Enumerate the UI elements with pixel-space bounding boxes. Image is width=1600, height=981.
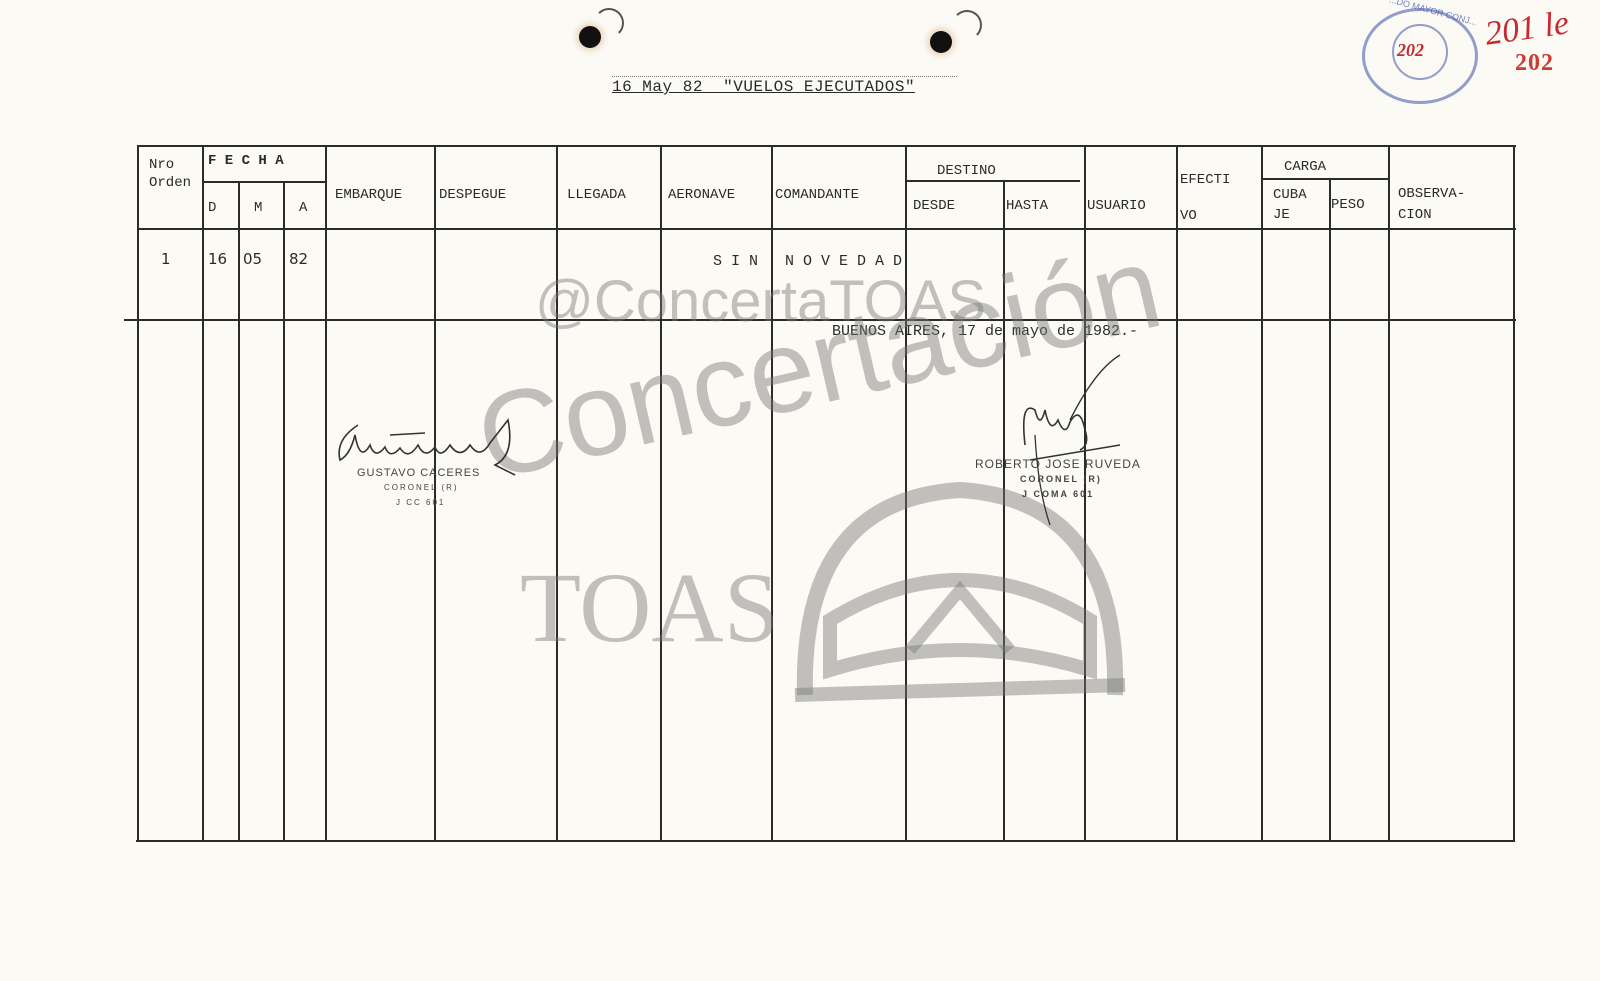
header-llegada: LLEGADA <box>567 186 626 204</box>
col-line <box>283 181 285 842</box>
header-fecha-m: M <box>254 199 262 217</box>
printed-page-number: 202 <box>1515 50 1554 77</box>
header-embarque: EMBARQUE <box>335 186 402 204</box>
col-line <box>1261 145 1263 842</box>
header-nro-orden: Nro Orden <box>149 156 191 192</box>
cell-sin-novedad: S I N N O V E D A D <box>713 253 902 271</box>
signatory-1-position: J CC 601 <box>396 498 445 507</box>
punch-hole-left <box>579 26 601 48</box>
destino-subdivider <box>905 180 1080 182</box>
header-efectivo: EFECTI VO <box>1180 162 1230 234</box>
signatory-1-rank: CORONEL (R) <box>384 483 459 492</box>
header-comandante: COMANDANTE <box>775 186 859 204</box>
col-line <box>137 145 139 842</box>
header-destino: DESTINO <box>937 162 996 180</box>
header-peso: PESO <box>1331 196 1365 214</box>
carga-subdivider <box>1261 178 1389 180</box>
header-cubaje: CUBA JE <box>1273 185 1307 225</box>
header-despegue: DESPEGUE <box>439 186 506 204</box>
signatory-2-rank: CORONEL (R) <box>1020 474 1102 484</box>
header-fecha-a: A <box>299 199 307 217</box>
header-aeronave: AERONAVE <box>668 186 735 204</box>
fecha-subdivider <box>203 181 326 183</box>
col-line <box>556 145 558 842</box>
place-date: BUENOS AIRES, 17 de mayo de 1982.- <box>832 323 1138 341</box>
header-observacion: OBSERVA- CION <box>1398 184 1465 226</box>
signature-ruveda-icon <box>1010 350 1130 530</box>
punch-hole-right <box>930 31 952 53</box>
stamp-number: 202 <box>1397 40 1424 61</box>
col-line <box>1176 145 1178 842</box>
title-dotted-line <box>612 76 957 77</box>
col-line <box>238 181 240 842</box>
col-line <box>660 145 662 842</box>
signatory-2-position: J COMA 601 <box>1022 489 1094 499</box>
col-line <box>771 145 773 842</box>
col-line <box>202 145 204 842</box>
signatory-1-name: GUSTAVO CACERES <box>357 467 480 479</box>
cell-anio: 82 <box>289 250 308 268</box>
col-line <box>1513 145 1515 842</box>
col-line <box>1388 145 1390 842</box>
cell-nro: 1 <box>161 250 171 268</box>
col-line <box>325 145 327 842</box>
header-bottom-border <box>138 228 1516 230</box>
col-line <box>434 145 436 842</box>
document-title: 16 May 82 "VUELOS EJECUTADOS" <box>612 78 915 96</box>
header-fecha: F E C H A <box>208 152 284 170</box>
table-top-border <box>138 145 1516 147</box>
col-line <box>1329 179 1331 842</box>
header-desde: DESDE <box>913 197 955 215</box>
header-fecha-d: D <box>208 199 216 217</box>
cell-mes: 05 <box>243 250 262 268</box>
header-usuario: USUARIO <box>1087 197 1146 215</box>
row1-bottom-border <box>124 319 1516 321</box>
watermark-toas: TOAS <box>520 550 779 665</box>
signatory-2-name: ROBERTO JOSE RUVEDA <box>975 457 1141 471</box>
table-bottom-border <box>136 840 1514 842</box>
header-hasta: HASTA <box>1006 197 1048 215</box>
header-carga: CARGA <box>1284 158 1326 176</box>
punch-hole-ring-right <box>952 10 982 40</box>
handwritten-page-number: 201 le <box>1483 4 1572 53</box>
cell-dia: 16 <box>208 250 227 268</box>
